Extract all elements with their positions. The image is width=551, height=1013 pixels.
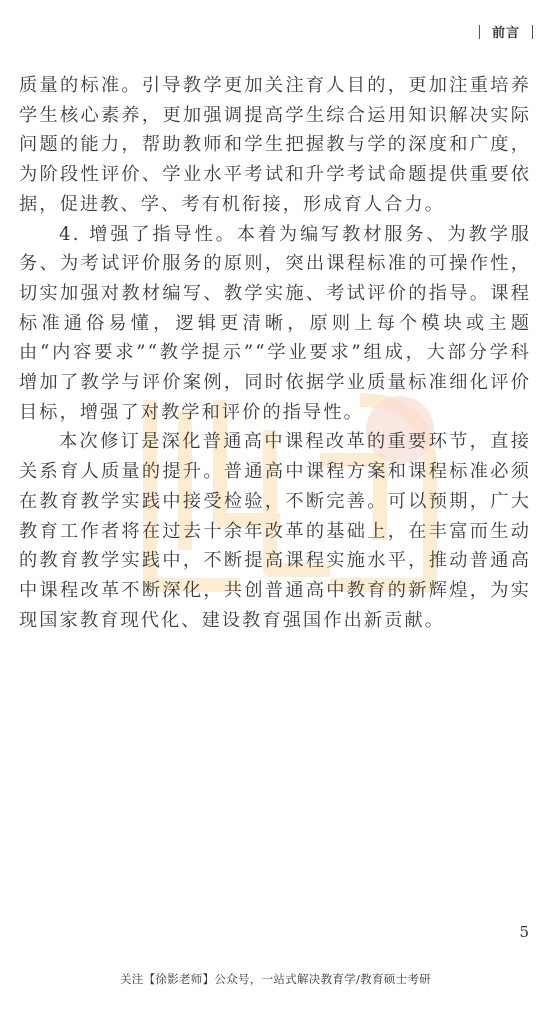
page-number: 5 [519,923,529,941]
paragraph-2: 4. 增强了指导性。本着为编写教材服务、为教学服务、为考试评价服务的原则，突出课… [19,220,531,428]
running-header: 前言 [479,22,533,41]
paragraph-1: 质量的标准。引导教学更加关注育人目的，更加注重培养学生核心素养，更加强调提高学生… [19,71,531,220]
body-text: 质量的标准。引导教学更加关注育人目的，更加注重培养学生核心素养，更加强调提高学生… [19,71,531,635]
paragraph-3: 本次修订是深化普通高中课程改革的重要环节，直接关系育人质量的提升。普通高中课程方… [19,427,531,635]
section-title: 前言 [492,22,520,41]
footer-note: 关注【徐影老师】公众号，一站式解决教育学/教育硕士考研 [0,971,551,987]
header-divider-right [532,25,533,39]
header-divider-left [479,25,480,39]
